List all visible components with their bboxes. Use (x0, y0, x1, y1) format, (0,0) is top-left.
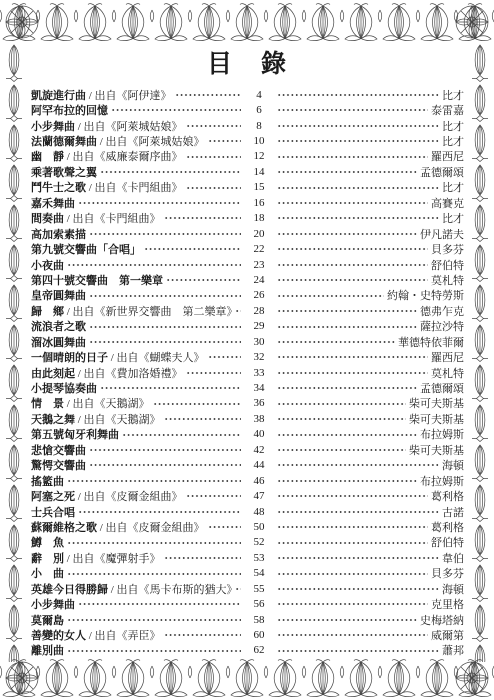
page-number: 23 (244, 259, 274, 271)
piece-title: 歸 鄉 (31, 306, 64, 318)
piece-source: / 出自《皮爾金組曲》 (97, 522, 205, 534)
composer-zone: 孟德爾頌 (274, 380, 464, 396)
piece-title: 小 曲 (31, 568, 64, 580)
composer-name: 蕭邦 (442, 642, 464, 658)
toc-entry-title: 英雄今日得勝歸 / 出自《馬卡布斯的猶大》 (31, 581, 232, 597)
toc-row: 第五號匈牙利舞曲 40 布拉姆斯 (31, 427, 464, 442)
piece-title: 皇帝圓舞曲 (31, 290, 86, 302)
composer-name: 古諾 (442, 504, 464, 520)
composer-zone: 莫札特 (274, 365, 464, 381)
toc-row: 流浪者之歌 29 薩拉沙特 (31, 319, 464, 334)
piece-source: / 出自《天鵝湖》 (64, 398, 150, 410)
dot-leader (67, 473, 241, 488)
piece-source: / 出自《卡門組曲》 (86, 182, 183, 194)
composer-zone: 布拉姆斯 (274, 473, 464, 489)
page-number: 6 (244, 104, 274, 116)
piece-title: 蘇爾維格之歌 (31, 522, 97, 534)
composer-zone: 約翰・史特勞斯 (274, 287, 464, 303)
dot-leader (67, 566, 241, 581)
dot-leader (111, 102, 241, 117)
dot-leader (186, 365, 241, 380)
dot-leader (277, 226, 417, 242)
toc-entry-title: 阿罕布拉的回憶 (31, 102, 108, 118)
toc-row: 天鵝之舞 / 出自《天鵝湖》 38 柴可夫斯基 (31, 411, 464, 426)
page-number: 14 (244, 166, 274, 178)
piece-source: / 出自《天鵝湖》 (75, 414, 161, 426)
piece-title: 離別曲 (31, 645, 64, 657)
composer-name: 孟德爾頌 (420, 380, 464, 396)
composer-zone: 海頓 (274, 581, 464, 597)
composer-name: 羅西尼 (431, 349, 464, 365)
dot-leader (277, 380, 417, 396)
piece-title: 小步舞曲 (31, 599, 75, 611)
toc-row: 高加索素描 20 伊凡諾夫 (31, 226, 464, 241)
toc-row: 莫爾島 58 史梅塔納 (31, 612, 464, 627)
dot-leader (89, 442, 241, 457)
composer-zone: 羅西尼 (274, 349, 464, 365)
toc-row: 歸 鄉 / 出自《新世界交響曲 第二樂章》 28 德弗乍克 (31, 303, 464, 318)
dot-leader (186, 149, 241, 164)
dot-leader (78, 504, 241, 519)
page-number: 40 (244, 428, 274, 440)
page-number: 55 (244, 583, 274, 595)
composer-zone: 比才 (274, 87, 464, 103)
piece-title: 阿罕布拉的回憶 (31, 105, 108, 117)
dot-leader (277, 442, 406, 458)
toc-entry-title: 小步舞曲 (31, 596, 75, 612)
toc-row: 鬥牛士之歌 / 出自《卡門組曲》 15 比才 (31, 180, 464, 195)
dot-leader (89, 288, 241, 303)
composer-zone: 舒伯特 (274, 257, 464, 273)
toc-entry-title: 一個晴朗的日子 / 出自《蝴蝶夫人》 (31, 349, 205, 365)
toc-entry-title: 歸 鄉 / 出自《新世界交響曲 第二樂章》 (31, 303, 232, 319)
dot-leader (89, 334, 241, 349)
dot-leader (164, 550, 241, 565)
composer-name: 柴可夫斯基 (409, 442, 464, 458)
toc-entry-title: 天鵝之舞 / 出自《天鵝湖》 (31, 411, 161, 427)
page-number: 52 (244, 536, 274, 548)
composer-zone: 布拉姆斯 (274, 426, 464, 442)
toc-row: 鱒 魚 52 舒伯特 (31, 535, 464, 550)
corner-rosette-icon (2, 658, 42, 698)
piece-source: / 出自《阿萊城姑娘》 (75, 121, 183, 133)
composer-zone: 貝多芬 (274, 241, 464, 257)
toc-row: 辭 別 / 出自《魔彈射手》 53 韋伯 (31, 550, 464, 565)
dot-leader (277, 596, 428, 612)
dot-leader (277, 550, 439, 566)
toc-entry-title: 悲愴交響曲 (31, 442, 86, 458)
piece-title: 小步舞曲 (31, 121, 75, 133)
piece-title: 驚愕交響曲 (31, 460, 86, 472)
piece-title: 溜冰圓舞曲 (31, 337, 86, 349)
composer-zone: 高賽克 (274, 195, 464, 211)
piece-source: / 出自《費加洛婚禮》 (75, 368, 183, 380)
composer-name: 舒伯特 (431, 534, 464, 550)
composer-zone: 古諾 (274, 504, 464, 520)
dot-leader (277, 195, 428, 211)
page-number: 26 (244, 289, 274, 301)
composer-zone: 比才 (274, 210, 464, 226)
dot-leader (277, 257, 428, 273)
dot-leader (208, 349, 241, 364)
page-number: 44 (244, 459, 274, 471)
dot-leader (277, 365, 428, 381)
toc-page: 目 錄 凱旋進行曲 / 出自《阿伊達》 4 比才 阿罕布拉的回憶 6 泰雷嘉 小… (0, 0, 494, 700)
page-number: 4 (244, 89, 274, 101)
toc-row: 情 景 / 出自《天鵝湖》 36 柴可夫斯基 (31, 396, 464, 411)
composer-zone: 史梅塔納 (274, 612, 464, 628)
dot-leader (277, 164, 417, 180)
dot-leader (277, 504, 439, 520)
page-number: 20 (244, 228, 274, 240)
toc-entry-title: 善變的女人 / 出自《弄臣》 (31, 627, 161, 643)
dot-leader (277, 411, 406, 427)
piece-source: / 出自《皮爾金組曲》 (75, 491, 183, 503)
page-number: 15 (244, 181, 274, 193)
composer-zone: 柴可夫斯基 (274, 442, 464, 458)
piece-title: 凱旋進行曲 (31, 90, 86, 102)
toc-row: 間奏曲 / 出自《卡門組曲》 18 比才 (31, 211, 464, 226)
dot-leader (144, 241, 241, 256)
composer-name: 威爾第 (431, 627, 464, 643)
composer-zone: 海頓 (274, 457, 464, 473)
toc-entry-title: 法蘭德爾舞曲 / 出自《阿萊城姑娘》 (31, 133, 205, 149)
dot-leader (277, 581, 439, 597)
dot-leader (67, 643, 241, 658)
dot-leader (277, 287, 384, 303)
toc-entry-title: 小步舞曲 / 出自《阿萊城姑娘》 (31, 118, 183, 134)
page-number: 18 (244, 212, 274, 224)
composer-zone: 柴可夫斯基 (274, 411, 464, 427)
page-number: 24 (244, 274, 274, 286)
piece-source: / 出自《威廉泰爾序曲》 (64, 151, 183, 163)
toc-entry-title: 流浪者之歌 (31, 318, 86, 334)
toc-row: 凱旋進行曲 / 出自《阿伊達》 4 比才 (31, 87, 464, 102)
toc-row: 嘉禾舞曲 16 高賽克 (31, 195, 464, 210)
page-number: 10 (244, 135, 274, 147)
page-number: 60 (244, 629, 274, 641)
page-number: 16 (244, 197, 274, 209)
dot-leader (186, 488, 241, 503)
piece-title: 高加索素描 (31, 229, 86, 241)
dot-leader (164, 627, 241, 642)
dot-leader (277, 519, 428, 535)
dot-leader (277, 179, 439, 195)
dot-leader (277, 334, 395, 350)
piece-title: 悲愴交響曲 (31, 445, 86, 457)
dot-leader (277, 642, 439, 658)
dot-leader (277, 395, 406, 411)
composer-name: 比才 (442, 118, 464, 134)
composer-zone: 韋伯 (274, 550, 464, 566)
dot-leader (89, 226, 241, 241)
toc-row: 幽 靜 / 出自《威廉泰爾序曲》 12 羅西尼 (31, 149, 464, 164)
dot-leader (208, 519, 241, 534)
toc-row: 小步舞曲 56 克里格 (31, 596, 464, 611)
composer-zone: 羅西尼 (274, 148, 464, 164)
page-number: 8 (244, 120, 274, 132)
dot-leader (186, 118, 241, 133)
toc-entry-title: 幽 靜 / 出自《威廉泰爾序曲》 (31, 148, 183, 164)
composer-name: 柴可夫斯基 (409, 411, 464, 427)
dot-leader (100, 164, 241, 179)
dot-leader (166, 272, 241, 287)
toc-row: 悲愴交響曲 42 柴可夫斯基 (31, 442, 464, 457)
composer-zone: 伊凡諾夫 (274, 226, 464, 242)
toc-entry-title: 凱旋進行曲 / 出自《阿伊達》 (31, 87, 172, 103)
piece-title: 善變的女人 (31, 630, 86, 642)
page-number: 36 (244, 397, 274, 409)
composer-name: 柴可夫斯基 (409, 395, 464, 411)
dot-leader (277, 210, 439, 226)
toc-row: 英雄今日得勝歸 / 出自《馬卡布斯的猶大》 55 海頓 (31, 581, 464, 596)
corner-rosette-icon (2, 2, 42, 42)
toc-row: 離別曲 62 蕭邦 (31, 643, 464, 658)
piece-title: 間奏曲 (31, 213, 64, 225)
dot-leader (67, 535, 241, 550)
composer-zone: 薩拉沙特 (274, 318, 464, 334)
piece-title: 鱒 魚 (31, 537, 64, 549)
piece-title: 法蘭德爾舞曲 (31, 136, 97, 148)
page-number: 12 (244, 150, 274, 162)
toc-entry-title: 鱒 魚 (31, 534, 64, 550)
toc-row: 蘇爾維格之歌 / 出自《皮爾金組曲》 50 葛利格 (31, 519, 464, 534)
toc-row: 小步舞曲 / 出自《阿萊城姑娘》 8 比才 (31, 118, 464, 133)
composer-name: 薩拉沙特 (420, 318, 464, 334)
piece-source: / 出自《阿萊城姑娘》 (97, 136, 205, 148)
composer-name: 海頓 (442, 457, 464, 473)
dot-leader (277, 318, 417, 334)
toc-content: 目 錄 凱旋進行曲 / 出自《阿伊達》 4 比才 阿罕布拉的回憶 6 泰雷嘉 小… (26, 42, 468, 660)
piece-title: 乘著歌聲之翼 (31, 167, 97, 179)
dot-leader (277, 473, 417, 489)
toc-entry-title: 第五號匈牙利舞曲 (31, 426, 119, 442)
composer-name: 泰雷嘉 (431, 102, 464, 118)
dot-leader (89, 319, 241, 334)
piece-title: 辭 別 (31, 553, 64, 565)
toc-entry-title: 離別曲 (31, 642, 64, 658)
dot-leader (277, 612, 417, 628)
toc-entry-title: 小提琴協奏曲 (31, 380, 97, 396)
composer-name: 比才 (442, 133, 464, 149)
dot-leader (208, 133, 241, 148)
dot-leader (186, 180, 241, 195)
toc-row: 一個晴朗的日子 / 出自《蝴蝶夫人》 32 羅西尼 (31, 349, 464, 364)
toc-row: 溜冰圓舞曲 30 華德特依菲爾 (31, 334, 464, 349)
page-number: 28 (244, 305, 274, 317)
toc-row: 善變的女人 / 出自《弄臣》 60 威爾第 (31, 627, 464, 642)
ornamental-border-left-icon (2, 42, 26, 658)
piece-source: / 出自《魔彈射手》 (64, 553, 161, 565)
composer-name: 羅西尼 (431, 148, 464, 164)
composer-name: 布拉姆斯 (420, 426, 464, 442)
toc-entry-title: 鬥牛士之歌 / 出自《卡門組曲》 (31, 179, 183, 195)
composer-zone: 比才 (274, 118, 464, 134)
page-number: 42 (244, 444, 274, 456)
composer-name: 葛利格 (431, 488, 464, 504)
composer-name: 韋伯 (442, 550, 464, 566)
page-number: 62 (244, 644, 274, 656)
page-number: 56 (244, 598, 274, 610)
dot-leader (277, 349, 428, 365)
toc-entry-title: 搖籃曲 (31, 473, 64, 489)
composer-name: 史梅塔納 (420, 612, 464, 628)
piece-source: / 出自《新世界交響曲 第二樂章》 (64, 306, 232, 318)
toc-entry-title: 高加索素描 (31, 226, 86, 242)
piece-source: / 出自《蝴蝶夫人》 (108, 352, 205, 364)
toc-row: 驚愕交響曲 44 海頓 (31, 458, 464, 473)
page-title: 目 錄 (31, 50, 464, 80)
dot-leader (67, 257, 241, 272)
composer-name: 比才 (442, 87, 464, 103)
toc-entry-title: 小夜曲 (31, 257, 64, 273)
dot-leader (277, 488, 428, 504)
dot-leader (153, 396, 241, 411)
piece-title: 小提琴協奏曲 (31, 383, 97, 395)
toc-entry-title: 辭 別 / 出自《魔彈射手》 (31, 550, 161, 566)
page-number: 38 (244, 413, 274, 425)
toc-entry-title: 士兵合唱 (31, 504, 75, 520)
dot-leader (277, 303, 417, 319)
piece-title: 鬥牛士之歌 (31, 182, 86, 194)
composer-name: 貝多芬 (431, 565, 464, 581)
composer-name: 布拉姆斯 (420, 473, 464, 489)
dot-leader (277, 426, 417, 442)
toc-row: 小提琴協奏曲 34 孟德爾頌 (31, 380, 464, 395)
ornamental-border-right-icon (468, 42, 492, 658)
composer-name: 孟德爾頌 (420, 164, 464, 180)
toc-row: 士兵合唱 48 古諾 (31, 504, 464, 519)
dot-leader (277, 241, 428, 257)
page-number: 32 (244, 351, 274, 363)
dot-leader (277, 457, 439, 473)
composer-name: 克里格 (431, 596, 464, 612)
toc-row: 阿罕布拉的回憶 6 泰雷嘉 (31, 102, 464, 117)
composer-name: 葛利格 (431, 519, 464, 535)
composer-zone: 葛利格 (274, 519, 464, 535)
piece-title: 天鵝之舞 (31, 414, 75, 426)
toc-list: 凱旋進行曲 / 出自《阿伊達》 4 比才 阿罕布拉的回憶 6 泰雷嘉 小步舞曲 … (31, 87, 464, 658)
piece-title: 流浪者之歌 (31, 321, 86, 333)
toc-entry-title: 間奏曲 / 出自《卡門組曲》 (31, 210, 161, 226)
toc-entry-title: 第四十號交響曲 第一樂章 (31, 272, 163, 288)
toc-row: 第九號交響曲「合唱」 22 貝多芬 (31, 241, 464, 256)
page-number: 53 (244, 552, 274, 564)
composer-zone: 葛利格 (274, 488, 464, 504)
composer-zone: 蕭邦 (274, 642, 464, 658)
ornamental-border-bottom-icon (0, 658, 494, 698)
dot-leader (277, 102, 428, 118)
toc-entry-title: 情 景 / 出自《天鵝湖》 (31, 395, 150, 411)
dot-leader (67, 612, 241, 627)
dot-leader (175, 87, 241, 102)
composer-zone: 克里格 (274, 596, 464, 612)
page-number: 30 (244, 336, 274, 348)
piece-title: 英雄今日得勝歸 (31, 584, 108, 596)
page-number: 54 (244, 567, 274, 579)
dot-leader (89, 458, 241, 473)
dot-leader (277, 118, 439, 134)
composer-name: 莫札特 (431, 272, 464, 288)
toc-row: 第四十號交響曲 第一樂章 24 莫札特 (31, 272, 464, 287)
composer-zone: 德弗乍克 (274, 303, 464, 319)
piece-title: 士兵合唱 (31, 507, 75, 519)
piece-title: 阿塞之死 (31, 491, 75, 503)
toc-entry-title: 溜冰圓舞曲 (31, 334, 86, 350)
dot-leader (78, 596, 241, 611)
piece-source: / 出自《馬卡布斯的猶大》 (108, 584, 232, 596)
composer-name: 貝多芬 (431, 241, 464, 257)
composer-name: 高賽克 (431, 195, 464, 211)
page-number: 48 (244, 506, 274, 518)
toc-entry-title: 驚愕交響曲 (31, 457, 86, 473)
dot-leader (235, 303, 241, 318)
composer-name: 海頓 (442, 581, 464, 597)
composer-zone: 莫札特 (274, 272, 464, 288)
composer-zone: 孟德爾頌 (274, 164, 464, 180)
composer-zone: 貝多芬 (274, 565, 464, 581)
dot-leader (235, 581, 241, 596)
page-number: 47 (244, 490, 274, 502)
page-number: 34 (244, 382, 274, 394)
dot-leader (277, 87, 439, 103)
toc-row: 搖籃曲 46 布拉姆斯 (31, 473, 464, 488)
dot-leader (164, 211, 241, 226)
toc-entry-title: 小 曲 (31, 565, 64, 581)
corner-rosette-icon (452, 658, 492, 698)
toc-row: 阿塞之死 / 出自《皮爾金組曲》 47 葛利格 (31, 488, 464, 503)
piece-title: 嘉禾舞曲 (31, 198, 75, 210)
dot-leader (78, 195, 241, 210)
dot-leader (277, 627, 428, 643)
piece-title: 第九號交響曲「合唱」 (31, 244, 141, 256)
toc-entry-title: 蘇爾維格之歌 / 出自《皮爾金組曲》 (31, 519, 205, 535)
toc-entry-title: 由此刻起 / 出自《費加洛婚禮》 (31, 365, 183, 381)
toc-entry-title: 阿塞之死 / 出自《皮爾金組曲》 (31, 488, 183, 504)
composer-zone: 舒伯特 (274, 534, 464, 550)
toc-row: 法蘭德爾舞曲 / 出自《阿萊城姑娘》 10 比才 (31, 133, 464, 148)
toc-row: 小 曲 54 貝多芬 (31, 566, 464, 581)
piece-title: 一個晴朗的日子 (31, 352, 108, 364)
composer-zone: 比才 (274, 133, 464, 149)
piece-title: 莫爾島 (31, 615, 64, 627)
composer-name: 比才 (442, 179, 464, 195)
toc-entry-title: 乘著歌聲之翼 (31, 164, 97, 180)
composer-zone: 比才 (274, 179, 464, 195)
piece-title: 第五號匈牙利舞曲 (31, 429, 119, 441)
page-number: 50 (244, 521, 274, 533)
toc-row: 皇帝圓舞曲 26 約翰・史特勞斯 (31, 288, 464, 303)
composer-name: 比才 (442, 210, 464, 226)
composer-name: 伊凡諾夫 (420, 226, 464, 242)
dot-leader (277, 272, 428, 288)
page-number: 22 (244, 243, 274, 255)
ornamental-border-top-icon (0, 2, 494, 42)
dot-leader (100, 380, 241, 395)
toc-entry-title: 嘉禾舞曲 (31, 195, 75, 211)
page-number: 29 (244, 320, 274, 332)
composer-name: 華德特依菲爾 (398, 334, 464, 350)
page-number: 58 (244, 614, 274, 626)
composer-zone: 泰雷嘉 (274, 102, 464, 118)
composer-name: 舒伯特 (431, 257, 464, 273)
piece-title: 第四十號交響曲 第一樂章 (31, 275, 163, 287)
page-number: 46 (244, 475, 274, 487)
toc-entry-title: 皇帝圓舞曲 (31, 287, 86, 303)
page-number: 33 (244, 367, 274, 379)
toc-entry-title: 第九號交響曲「合唱」 (31, 241, 141, 257)
dot-leader (277, 148, 428, 164)
